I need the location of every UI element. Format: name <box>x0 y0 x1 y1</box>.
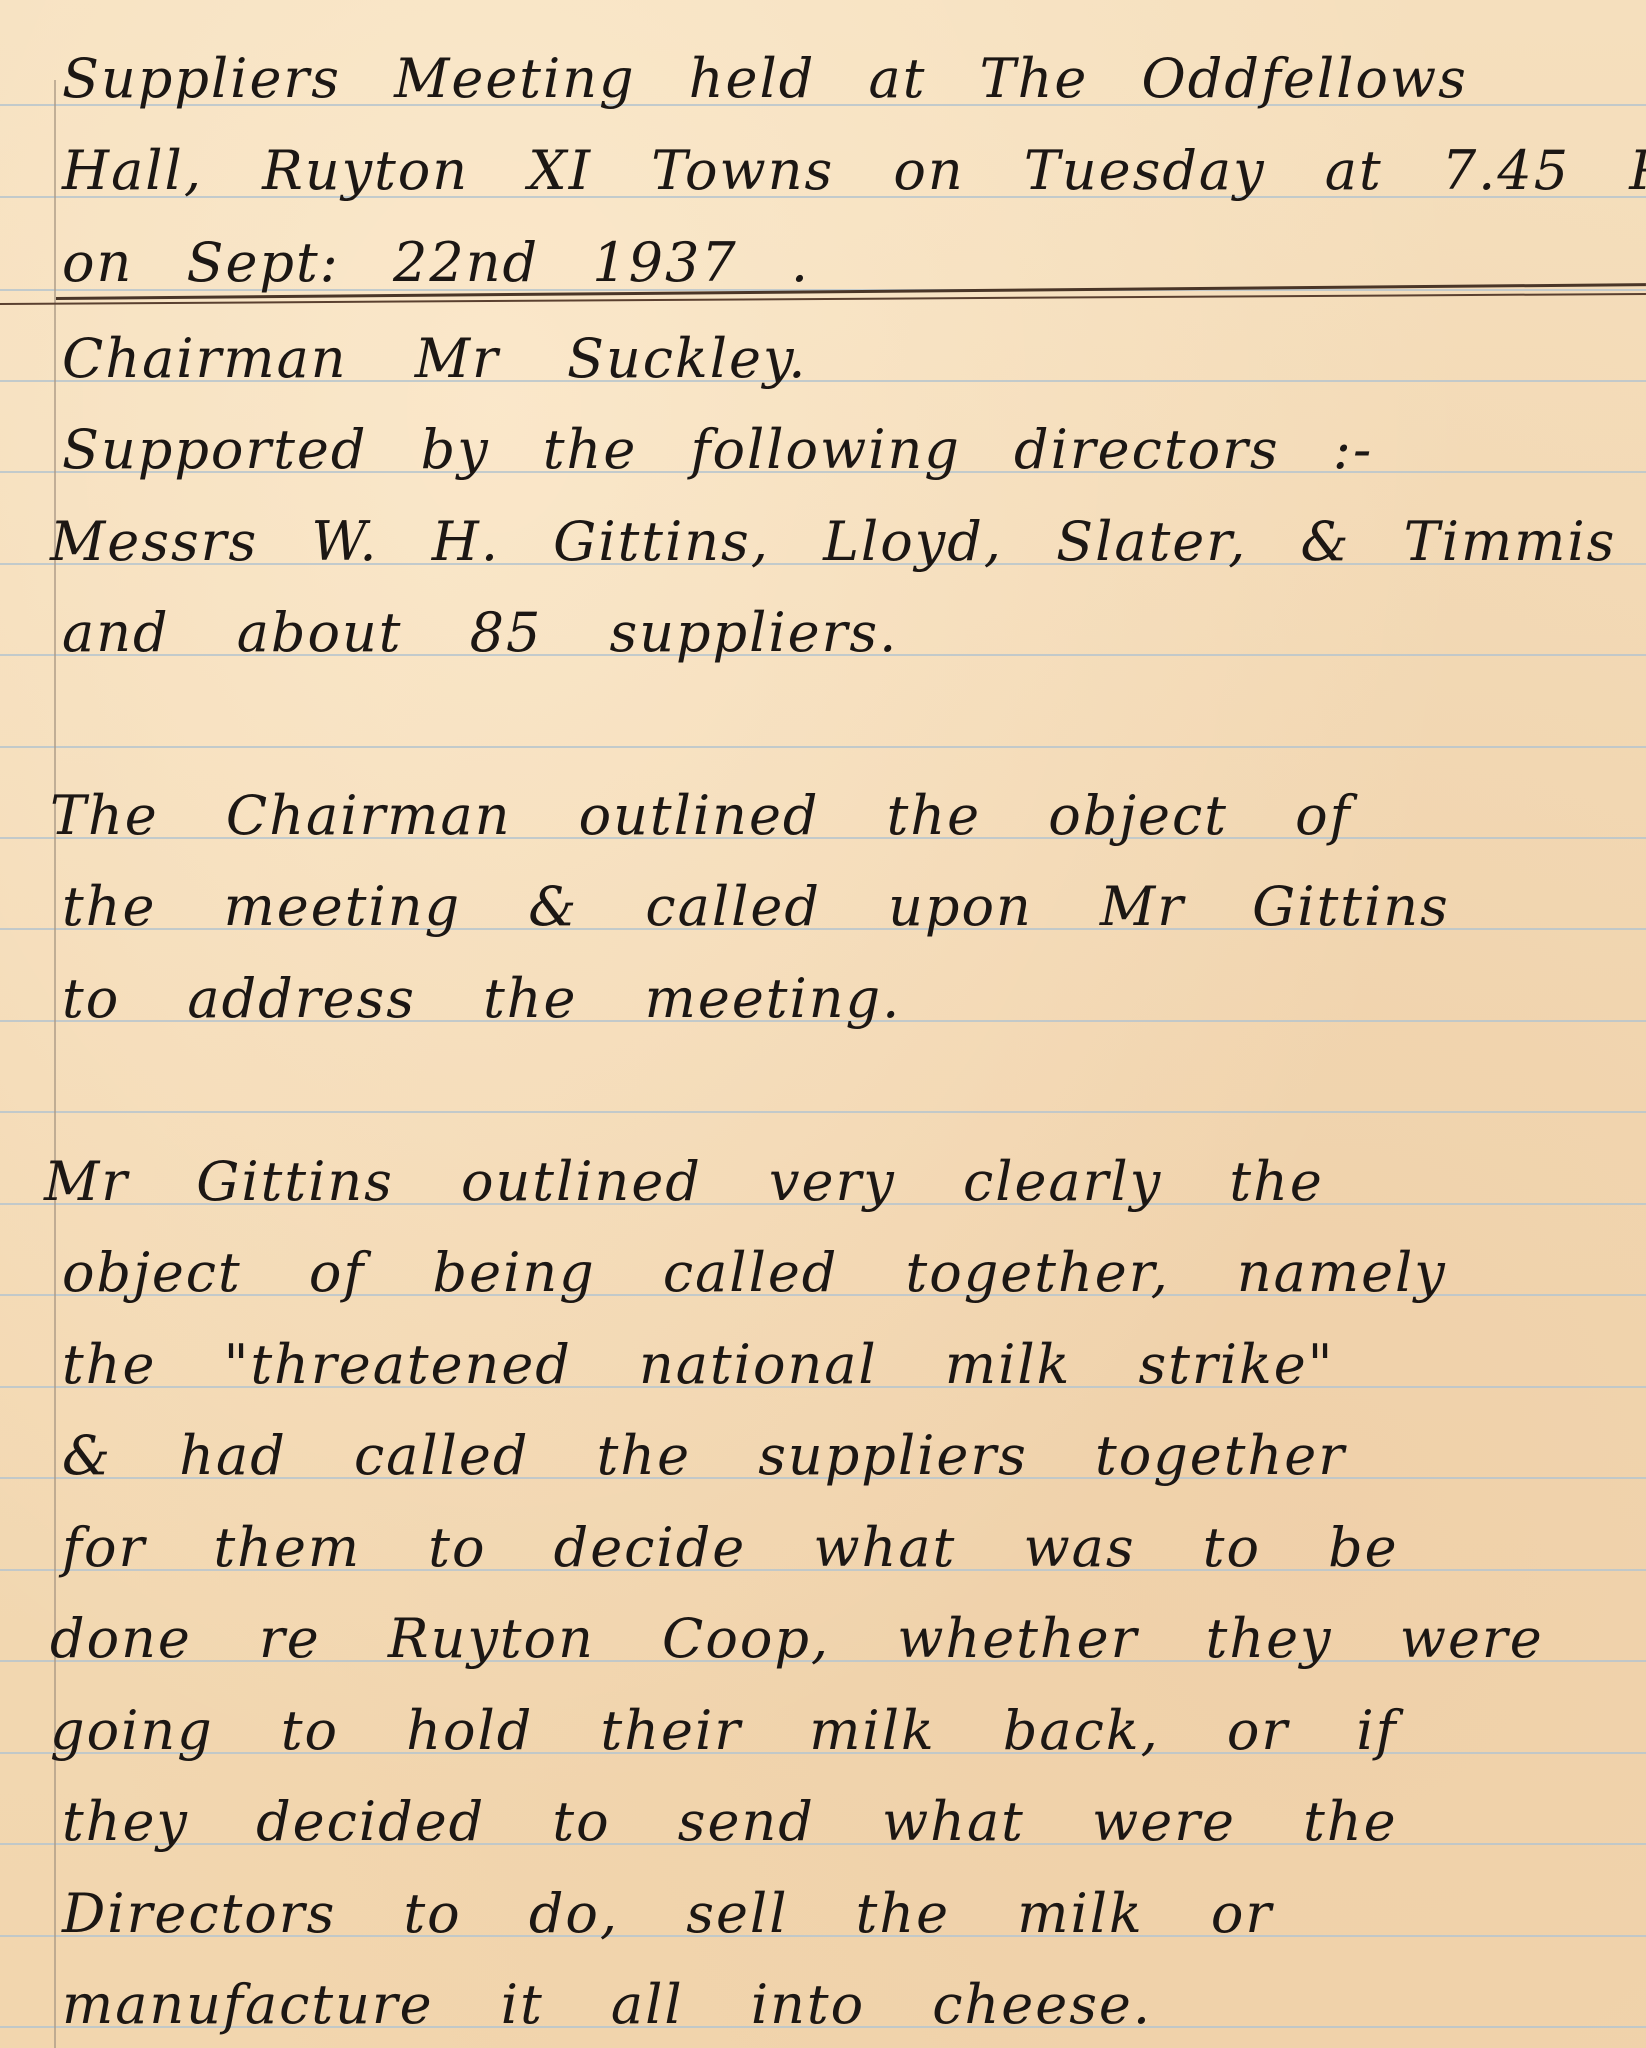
heading-line-2: Hall, Ruyton XI Towns on Tuesday at 7.45… <box>62 144 1646 198</box>
paragraph-1-line-3: to address the meeting. <box>62 972 901 1026</box>
attendance-line-3: Messrs W. H. Gittins, Lloyd, Slater, & T… <box>50 515 1616 569</box>
ruled-line <box>0 746 1646 748</box>
attendance-line-1: Chairman Mr Suckley. <box>62 332 807 386</box>
paragraph-2-line-1: Mr Gittins outlined very clearly the <box>44 1155 1324 1209</box>
attendance-line-2: Supported by the following directors :- <box>62 423 1373 477</box>
paragraph-2-line-3: the "threatened national milk strike" <box>62 1338 1335 1392</box>
paragraph-2-line-7: going to hold their milk back, or if <box>50 1704 1398 1758</box>
heading-line-3: on Sept: 22nd 1937 . <box>62 236 810 290</box>
notebook-page: Suppliers Meeting held at The Oddfellows… <box>0 0 1646 2048</box>
attendance-line-4: and about 85 suppliers. <box>62 606 898 660</box>
heading-line-1: Suppliers Meeting held at The Oddfellows <box>62 52 1468 106</box>
paragraph-2-line-9: Directors to do, sell the milk or <box>62 1887 1273 1941</box>
paragraph-1-line-1: The Chairman outlined the object of <box>50 789 1352 843</box>
ruled-line <box>0 1111 1646 1113</box>
paragraph-2-line-6: done re Ruyton Coop, whether they were <box>50 1612 1544 1666</box>
paragraph-2-line-8: they decided to send what were the <box>62 1795 1398 1849</box>
paragraph-2-line-2: object of being called together, namely <box>62 1246 1447 1300</box>
paragraph-1-line-2: the meeting & called upon Mr Gittins <box>62 880 1450 934</box>
paragraph-2-line-5: for them to decide what was to be <box>62 1521 1399 1575</box>
paragraph-2-line-4: & had called the suppliers together <box>62 1429 1346 1483</box>
paragraph-2-line-10: manufacture it all into cheese. <box>62 1978 1152 2032</box>
